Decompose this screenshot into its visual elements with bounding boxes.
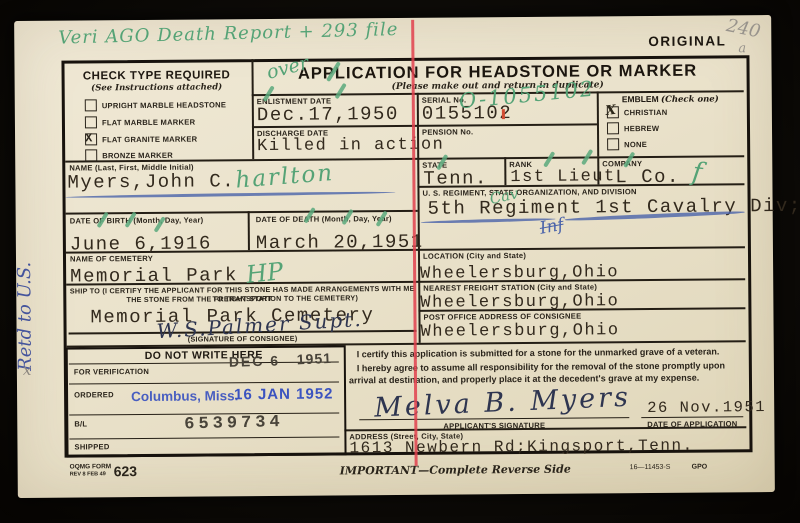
checkbox-none-label: NONE: [624, 140, 647, 149]
form-card: Veri AGO Death Report + 293 file ORIGINA…: [14, 15, 775, 498]
for-verification-label: FOR VERIFICATION: [74, 367, 149, 377]
checkbox-none: [607, 138, 619, 150]
checkbox-christian-label: CHRISTIAN: [624, 108, 668, 117]
post-office-value: Wheelersburg,Ohio: [421, 321, 620, 342]
checkbox-flat-granite-mark: X: [85, 131, 92, 145]
post-office-label: POST OFFICE ADDRESS OF CONSIGNEE: [423, 312, 581, 322]
checkbox-hebrew-label: HEBREW: [624, 124, 659, 133]
cemetery-value: Memorial Park: [70, 264, 238, 287]
location-value: Wheelersburg,Ohio: [420, 263, 619, 284]
rule: [504, 157, 506, 185]
rank-value: 1st Lieut: [510, 167, 615, 187]
handwritten-top-note: Veri AGO Death Report + 293 file: [58, 19, 399, 49]
footer-center-note: IMPORTANT—Complete Reverse Side: [340, 463, 571, 478]
name-value: Myers,John C.: [67, 170, 235, 193]
bl-label: B/L: [74, 419, 87, 428]
shipped-label: SHIPPED: [74, 442, 109, 451]
checkbox-christian-mark: X: [605, 103, 617, 119]
certification-line-2: I hereby agree to assume all responsibil…: [349, 359, 743, 386]
checkbox-upright-marble-label: UPRIGHT MARBLE HEADSTONE: [102, 100, 226, 110]
verification-stamp-month: DEC 6: [229, 352, 281, 369]
pencil-corner-note-2: a: [738, 41, 746, 56]
footer-form-code-1: OQMG FORM: [70, 463, 112, 470]
check-type-subheading: (See Instructions attached): [62, 82, 252, 93]
footer-print-code: 16—11453-S: [630, 464, 671, 471]
checkbox-flat-marble-label: FLAT MARBLE MARKER: [102, 118, 195, 128]
date-of-birth-value: June 6,1916: [70, 232, 212, 255]
checkbox-flat-granite-label: FLAT GRANITE MARKER: [102, 135, 197, 145]
handwritten-margin-x: x: [23, 361, 32, 379]
check-type-heading: CHECK TYPE REQUIRED: [62, 69, 252, 82]
footer-form-number: 623: [114, 463, 137, 479]
checkbox-bronze-label: BRONZE MARKER: [102, 151, 173, 161]
freight-station-value: Wheelersburg,Ohio: [420, 292, 619, 313]
bl-stamp: 6539734: [184, 413, 284, 435]
ordered-stamp-date: 16 JAN 1952: [234, 385, 334, 403]
address-value: 1613 Newbern Rd;Kingsport,Tenn.: [349, 437, 693, 458]
application-date-label: DATE OF APPLICATION: [641, 419, 743, 429]
date-of-death-value: March 20,1951: [256, 231, 424, 254]
original-stamp: ORIGINAL: [648, 33, 726, 49]
handwritten-inf-note: Inf: [538, 215, 565, 239]
footer-form-code-2: REV 8 FEB 49: [70, 471, 106, 477]
checkbox-hebrew: [607, 122, 619, 134]
checkbox-bronze: [85, 149, 97, 161]
date-of-birth-label: DATE OF BIRTH (Month, Day, Year): [70, 215, 204, 225]
form-sheet: Veri AGO Death Report + 293 file ORIGINA…: [26, 17, 775, 498]
cemetery-label: NAME OF CEMETERY: [70, 254, 153, 264]
state-value: Tenn.: [423, 167, 488, 190]
pencil-corner-note: 240: [724, 15, 762, 42]
footer-gpo: GPO: [692, 464, 708, 471]
ordered-stamp-place: Columbus, Miss.: [131, 388, 238, 404]
emblem-heading-text: EMBLEM: [622, 94, 659, 104]
checkbox-flat-marble: [85, 116, 97, 128]
handwritten-margin-note: Retd to U.S.: [13, 141, 36, 371]
enlistment-date-value: Dec.17,1950: [257, 103, 399, 126]
discharge-date-value: Killed in action: [257, 136, 444, 156]
date-of-death-label: DATE OF DEATH (Month, Day, Year): [256, 214, 392, 224]
freight-station-label: NEAREST FREIGHT STATION (City and State): [423, 282, 597, 292]
pension-no-label: PENSION No.: [422, 127, 473, 136]
red-tick-mark: [502, 109, 505, 119]
checkbox-upright-marble: [85, 99, 97, 111]
company-value: L Co.: [615, 166, 680, 189]
emblem-heading-note: (Check one): [661, 94, 719, 104]
emblem-heading: EMBLEM (Check one): [597, 93, 744, 105]
verification-stamp-year: 1951: [296, 350, 332, 367]
location-label: LOCATION (City and State): [423, 251, 526, 261]
application-date-value: 26 Nov.1951: [647, 398, 766, 417]
rule: [248, 211, 250, 250]
ordered-label: ORDERED: [74, 390, 114, 399]
